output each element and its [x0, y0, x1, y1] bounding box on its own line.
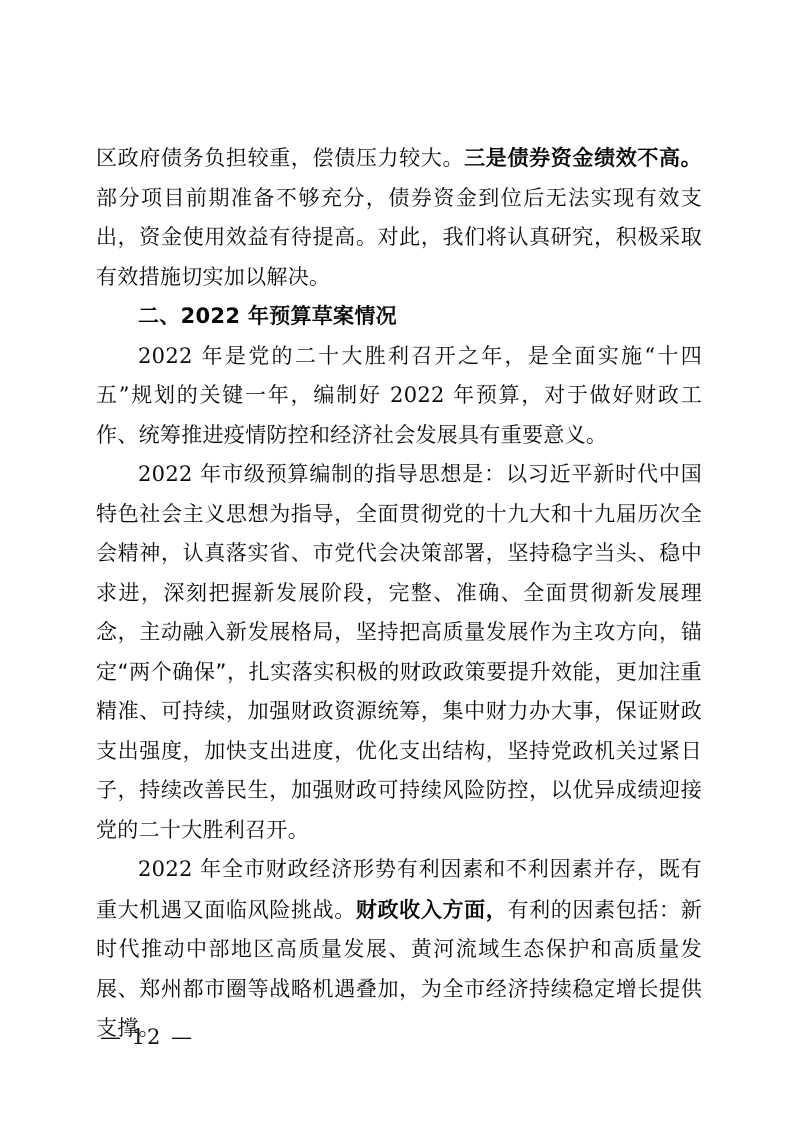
paragraph-2022-significance: 2022 年是党的二十大胜利召开之年，是全面实施“十四五”规划的关键一年，编制好… [96, 337, 702, 456]
page-number: — 12 — [100, 1022, 194, 1052]
section-heading-budget-draft: 二、2022 年预算草案情况 [96, 297, 702, 337]
paragraph-debt-issues: 区政府债务负担较重，偿债压力较大。三是债券资金绩效不高。部分项目前期准备不够充分… [96, 138, 702, 297]
paragraph-fiscal-situation: 2022 年全市财政经济形势有利因素和不利因素并存，既有重大机遇又面临风险挑战。… [96, 850, 702, 1049]
para4-bold-revenue-aspect: 财政收入方面， [356, 897, 508, 922]
paragraph-guiding-ideology: 2022 年市级预算编制的指导思想是：以习近平新时代中国特色社会主义思想为指导，… [96, 455, 702, 850]
para3-guiding-ideology-text: 以习近平新时代中国特色社会主义思想为指导，全面贯彻党的十九大和十九届历次全会精神… [96, 462, 702, 842]
document-page: 区政府债务负担较重，偿债压力较大。三是债券资金绩效不高。部分项目前期准备不够充分… [0, 0, 793, 1122]
page-content: 区政府债务负担较重，偿债压力较大。三是债券资金绩效不高。部分项目前期准备不够充分… [96, 138, 702, 1049]
para1-text-rest: 部分项目前期准备不够充分，债券资金到位后无法实现有效支出，资金使用效益有待提高。… [96, 186, 702, 289]
para1-text-start: 区政府债务负担较重，偿债压力较大。 [96, 146, 464, 170]
para1-bold-bond-performance: 三是债券资金绩效不高。 [464, 145, 702, 170]
para3-lead: 2022 年市级预算编制的指导思想是： [138, 462, 506, 486]
